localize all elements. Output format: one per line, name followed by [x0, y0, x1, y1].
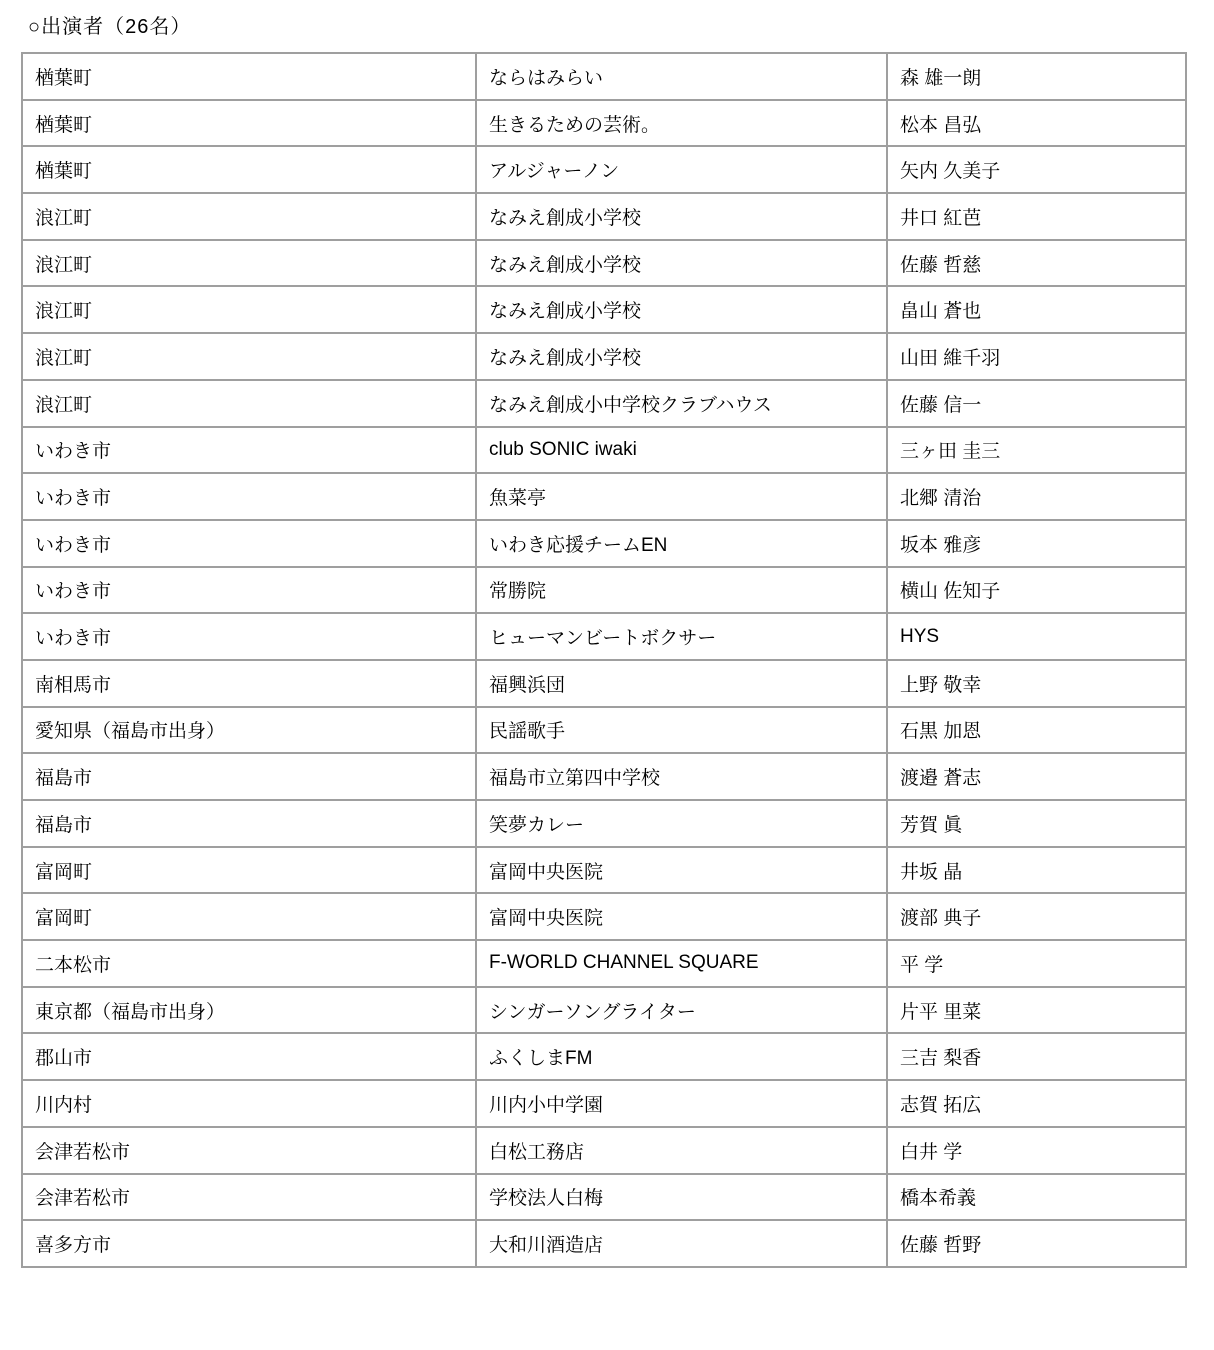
- cell-affiliation: なみえ創成小学校: [476, 333, 887, 380]
- cell-location: 愛知県（福島市出身）: [22, 707, 476, 754]
- table-row: 浪江町なみえ創成小学校佐藤 哲慈: [22, 240, 1186, 287]
- cell-name: 坂本 雅彦: [887, 520, 1186, 567]
- cell-location: 会津若松市: [22, 1174, 476, 1221]
- cell-name: 畠山 蒼也: [887, 286, 1186, 333]
- cell-name: 佐藤 哲野: [887, 1220, 1186, 1267]
- cell-name: 松本 昌弘: [887, 100, 1186, 147]
- cell-affiliation: なみえ創成小学校: [476, 240, 887, 287]
- cell-name: 平 学: [887, 940, 1186, 987]
- cell-name: 渡部 典子: [887, 893, 1186, 940]
- cell-location: 浪江町: [22, 240, 476, 287]
- cell-affiliation: 魚菜亭: [476, 473, 887, 520]
- cell-name: 井坂 晶: [887, 847, 1186, 894]
- cell-affiliation: 福島市立第四中学校: [476, 753, 887, 800]
- cell-name: 白井 学: [887, 1127, 1186, 1174]
- cell-location: いわき市: [22, 427, 476, 474]
- performers-table: 楢葉町ならはみらい森 雄一朗楢葉町生きるための芸術。松本 昌弘楢葉町アルジャーノ…: [21, 52, 1187, 1268]
- table-row: 楢葉町生きるための芸術。松本 昌弘: [22, 100, 1186, 147]
- cell-affiliation: いわき応援チームEN: [476, 520, 887, 567]
- cell-affiliation: なみえ創成小学校: [476, 286, 887, 333]
- cell-affiliation: なみえ創成小学校: [476, 193, 887, 240]
- cell-name: 橋本希義: [887, 1174, 1186, 1221]
- cell-name: 芳賀 眞: [887, 800, 1186, 847]
- table-row: 東京都（福島市出身）シンガーソングライター片平 里菜: [22, 987, 1186, 1034]
- table-row: 富岡町富岡中央医院渡部 典子: [22, 893, 1186, 940]
- cell-location: 喜多方市: [22, 1220, 476, 1267]
- table-row: いわき市ヒューマンビートボクサーHYS: [22, 613, 1186, 660]
- cell-location: いわき市: [22, 613, 476, 660]
- cell-affiliation: 民謡歌手: [476, 707, 887, 754]
- cell-location: 楢葉町: [22, 100, 476, 147]
- table-row: 楢葉町ならはみらい森 雄一朗: [22, 53, 1186, 100]
- cell-location: いわき市: [22, 567, 476, 614]
- cell-name: 北郷 清治: [887, 473, 1186, 520]
- table-row: 会津若松市学校法人白梅橋本希義: [22, 1174, 1186, 1221]
- cell-location: 浪江町: [22, 286, 476, 333]
- table-row: 郡山市ふくしまFM三吉 梨香: [22, 1033, 1186, 1080]
- cell-name: 山田 維千羽: [887, 333, 1186, 380]
- cell-affiliation: アルジャーノン: [476, 146, 887, 193]
- cell-affiliation: ヒューマンビートボクサー: [476, 613, 887, 660]
- cell-name: 三吉 梨香: [887, 1033, 1186, 1080]
- table-row: 福島市笑夢カレー芳賀 眞: [22, 800, 1186, 847]
- cell-location: 南相馬市: [22, 660, 476, 707]
- page-title: ○出演者（26名）: [28, 10, 191, 39]
- document-page: ○出演者（26名） 楢葉町ならはみらい森 雄一朗楢葉町生きるための芸術。松本 昌…: [0, 0, 1214, 1350]
- cell-location: 楢葉町: [22, 53, 476, 100]
- cell-name: 志賀 拓広: [887, 1080, 1186, 1127]
- table-row: いわき市いわき応援チームEN坂本 雅彦: [22, 520, 1186, 567]
- cell-location: いわき市: [22, 473, 476, 520]
- table-row: 二本松市F-WORLD CHANNEL SQUARE平 学: [22, 940, 1186, 987]
- table-row: 富岡町富岡中央医院井坂 晶: [22, 847, 1186, 894]
- cell-location: 富岡町: [22, 893, 476, 940]
- cell-location: 福島市: [22, 753, 476, 800]
- table-row: いわき市常勝院横山 佐知子: [22, 567, 1186, 614]
- cell-affiliation: 大和川酒造店: [476, 1220, 887, 1267]
- table-row: いわき市club SONIC iwaki三ヶ田 圭三: [22, 427, 1186, 474]
- cell-name: 上野 敬幸: [887, 660, 1186, 707]
- table-row: 会津若松市白松工務店白井 学: [22, 1127, 1186, 1174]
- cell-name: HYS: [887, 613, 1186, 660]
- table-row: 川内村川内小中学園志賀 拓広: [22, 1080, 1186, 1127]
- cell-location: 川内村: [22, 1080, 476, 1127]
- table-row: 浪江町なみえ創成小学校井口 紅芭: [22, 193, 1186, 240]
- cell-name: 片平 里菜: [887, 987, 1186, 1034]
- cell-location: 浪江町: [22, 193, 476, 240]
- cell-location: 富岡町: [22, 847, 476, 894]
- table-row: 喜多方市大和川酒造店佐藤 哲野: [22, 1220, 1186, 1267]
- cell-location: いわき市: [22, 520, 476, 567]
- table-row: 愛知県（福島市出身）民謡歌手石黒 加恩: [22, 707, 1186, 754]
- cell-location: 二本松市: [22, 940, 476, 987]
- cell-location: 福島市: [22, 800, 476, 847]
- cell-affiliation: シンガーソングライター: [476, 987, 887, 1034]
- cell-affiliation: 生きるための芸術。: [476, 100, 887, 147]
- cell-location: 浪江町: [22, 380, 476, 427]
- cell-affiliation: 笑夢カレー: [476, 800, 887, 847]
- table-row: 浪江町なみえ創成小学校畠山 蒼也: [22, 286, 1186, 333]
- table-row: 南相馬市福興浜団上野 敬幸: [22, 660, 1186, 707]
- cell-affiliation: 川内小中学園: [476, 1080, 887, 1127]
- cell-affiliation: F-WORLD CHANNEL SQUARE: [476, 940, 887, 987]
- table-row: いわき市魚菜亭北郷 清治: [22, 473, 1186, 520]
- cell-affiliation: 福興浜団: [476, 660, 887, 707]
- cell-name: 三ヶ田 圭三: [887, 427, 1186, 474]
- cell-name: 佐藤 哲慈: [887, 240, 1186, 287]
- table-row: 浪江町なみえ創成小学校山田 維千羽: [22, 333, 1186, 380]
- cell-location: 楢葉町: [22, 146, 476, 193]
- cell-affiliation: 富岡中央医院: [476, 893, 887, 940]
- cell-affiliation: 学校法人白梅: [476, 1174, 887, 1221]
- table-row: 福島市福島市立第四中学校渡邉 蒼志: [22, 753, 1186, 800]
- cell-affiliation: 常勝院: [476, 567, 887, 614]
- cell-name: 井口 紅芭: [887, 193, 1186, 240]
- cell-name: 石黒 加恩: [887, 707, 1186, 754]
- cell-affiliation: ふくしまFM: [476, 1033, 887, 1080]
- cell-location: 会津若松市: [22, 1127, 476, 1174]
- table-row: 浪江町なみえ創成小中学校クラブハウス佐藤 信一: [22, 380, 1186, 427]
- cell-affiliation: ならはみらい: [476, 53, 887, 100]
- cell-name: 渡邉 蒼志: [887, 753, 1186, 800]
- table-row: 楢葉町アルジャーノン矢内 久美子: [22, 146, 1186, 193]
- cell-affiliation: 白松工務店: [476, 1127, 887, 1174]
- cell-location: 郡山市: [22, 1033, 476, 1080]
- cell-affiliation: 富岡中央医院: [476, 847, 887, 894]
- cell-name: 矢内 久美子: [887, 146, 1186, 193]
- cell-location: 東京都（福島市出身）: [22, 987, 476, 1034]
- performers-table-body: 楢葉町ならはみらい森 雄一朗楢葉町生きるための芸術。松本 昌弘楢葉町アルジャーノ…: [22, 53, 1186, 1267]
- cell-affiliation: club SONIC iwaki: [476, 427, 887, 474]
- cell-name: 森 雄一朗: [887, 53, 1186, 100]
- cell-location: 浪江町: [22, 333, 476, 380]
- cell-name: 佐藤 信一: [887, 380, 1186, 427]
- cell-affiliation: なみえ創成小中学校クラブハウス: [476, 380, 887, 427]
- cell-name: 横山 佐知子: [887, 567, 1186, 614]
